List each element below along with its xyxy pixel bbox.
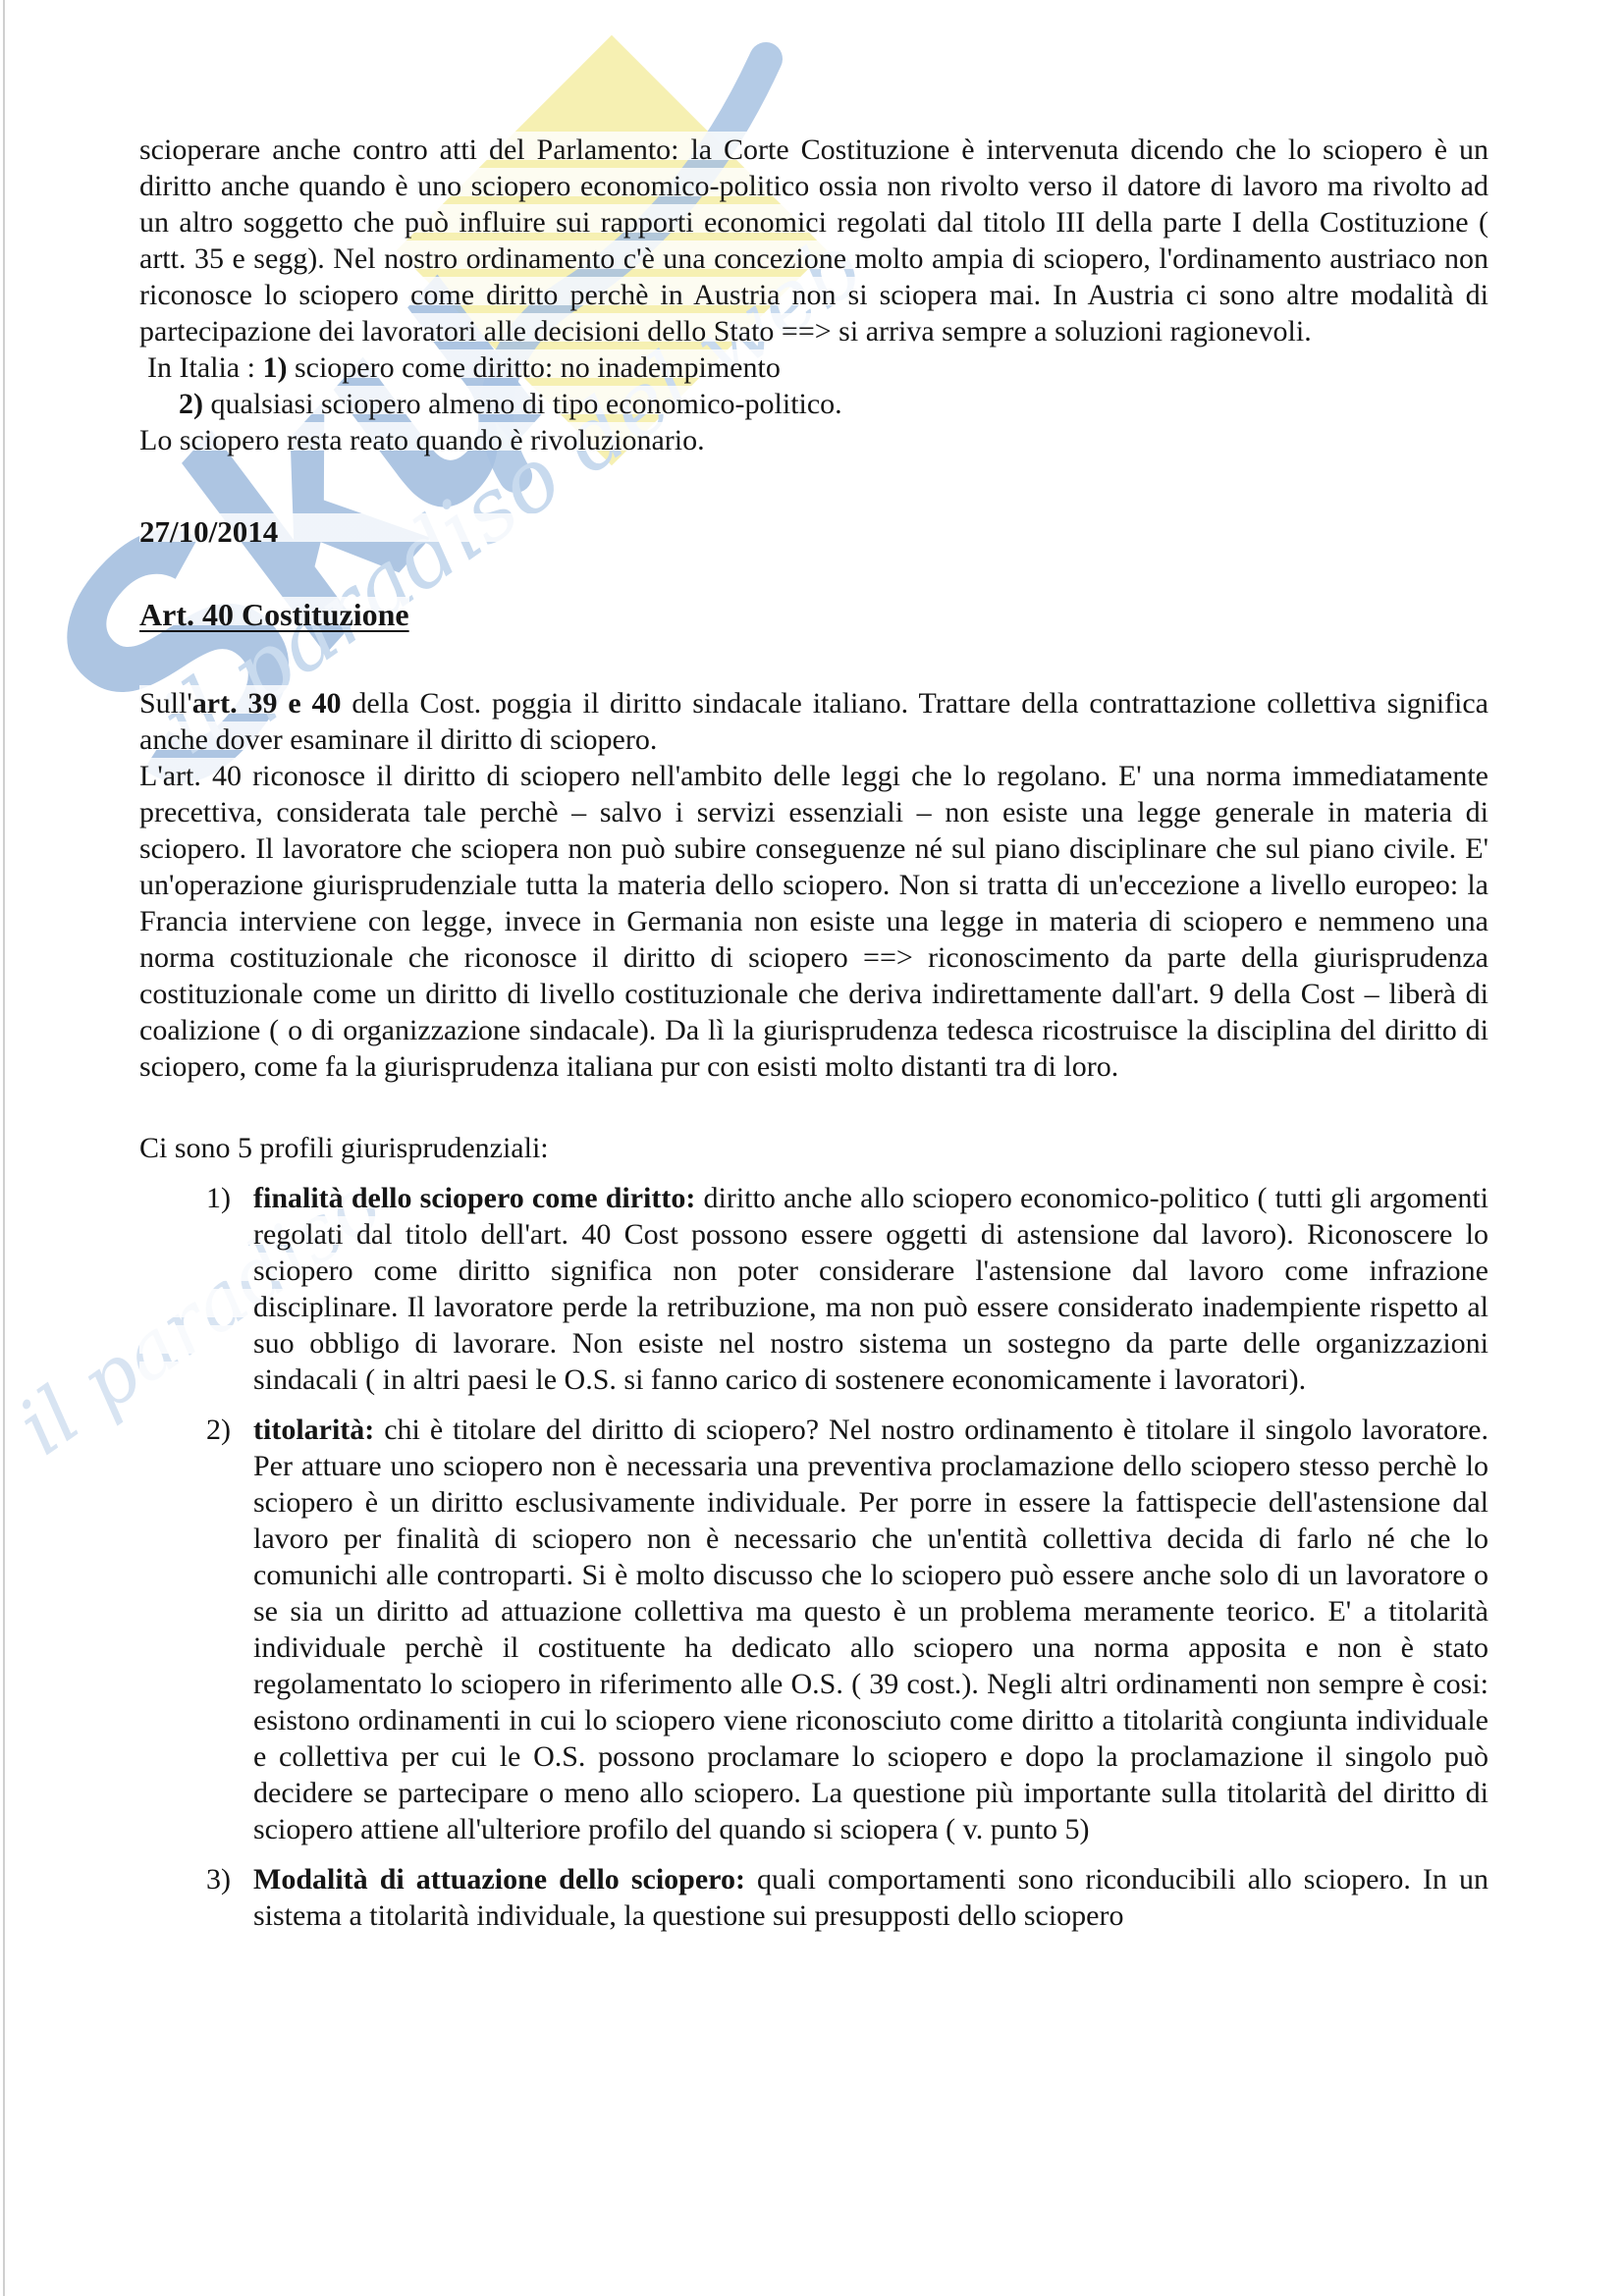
art40-lead-bold: art. 39 e 40 — [192, 687, 342, 720]
point2-text: qualsiasi sciopero almeno di tipo econom… — [203, 388, 842, 420]
art40-body-paragraph: L'art. 40 riconosce il diritto di sciope… — [139, 758, 1488, 1085]
profile-item-3: 3)Modalità di attuazione dello sciopero:… — [139, 1861, 1488, 1934]
document-page: { "intro": { "paragraph": "scioperare an… — [0, 0, 1623, 2296]
in-italia-line: In Italia : 1) sciopero come diritto: no… — [139, 349, 1488, 386]
profile-item-3-number: 3) — [206, 1861, 253, 1897]
profiles-intro-line: Ci sono 5 profili giurisprudenziali: — [139, 1130, 1488, 1166]
point2-number: 2) — [179, 388, 203, 420]
date-heading: 27/10/2014 — [139, 513, 1488, 550]
intro-paragraph: scioperare anche contro atti del Parlame… — [139, 132, 1488, 349]
point1-text: sciopero come diritto: no inadempimento — [287, 351, 780, 384]
profile-item-1: 1)finalità dello sciopero come diritto: … — [139, 1180, 1488, 1398]
intro-text: scioperare anche contro atti del Parlame… — [139, 133, 1496, 347]
profile-item-2-number: 2) — [206, 1412, 253, 1448]
intro-closing-line: Lo sciopero resta reato quando è rivoluz… — [139, 422, 1488, 458]
scan-edge-line — [3, 0, 5, 2296]
art40-lead-rest: della Cost. poggia il diritto sindacale … — [139, 687, 1496, 756]
point2-line: 2) qualsiasi sciopero almeno di tipo eco… — [139, 386, 1488, 422]
section-heading: Art. 40 Costituzione — [139, 597, 409, 633]
art40-lead-paragraph: Sull'art. 39 e 40 della Cost. poggia il … — [139, 685, 1488, 758]
profile-item-1-number: 1) — [206, 1180, 253, 1216]
point1-number: 1) — [262, 351, 287, 384]
notes-page: scioperare anche contro atti del Parlame… — [0, 0, 1623, 1934]
profile-item-1-label: finalità dello sciopero come diritto: — [253, 1182, 695, 1214]
profile-item-3-label: Modalità di attuazione dello sciopero: — [253, 1863, 745, 1896]
profile-item-2-label: titolarità: — [253, 1414, 374, 1446]
profile-item-2: 2)titolarità: chi è titolare del diritto… — [139, 1412, 1488, 1847]
profile-item-2-text: chi è titolare del diritto di sciopero? … — [253, 1414, 1496, 1845]
